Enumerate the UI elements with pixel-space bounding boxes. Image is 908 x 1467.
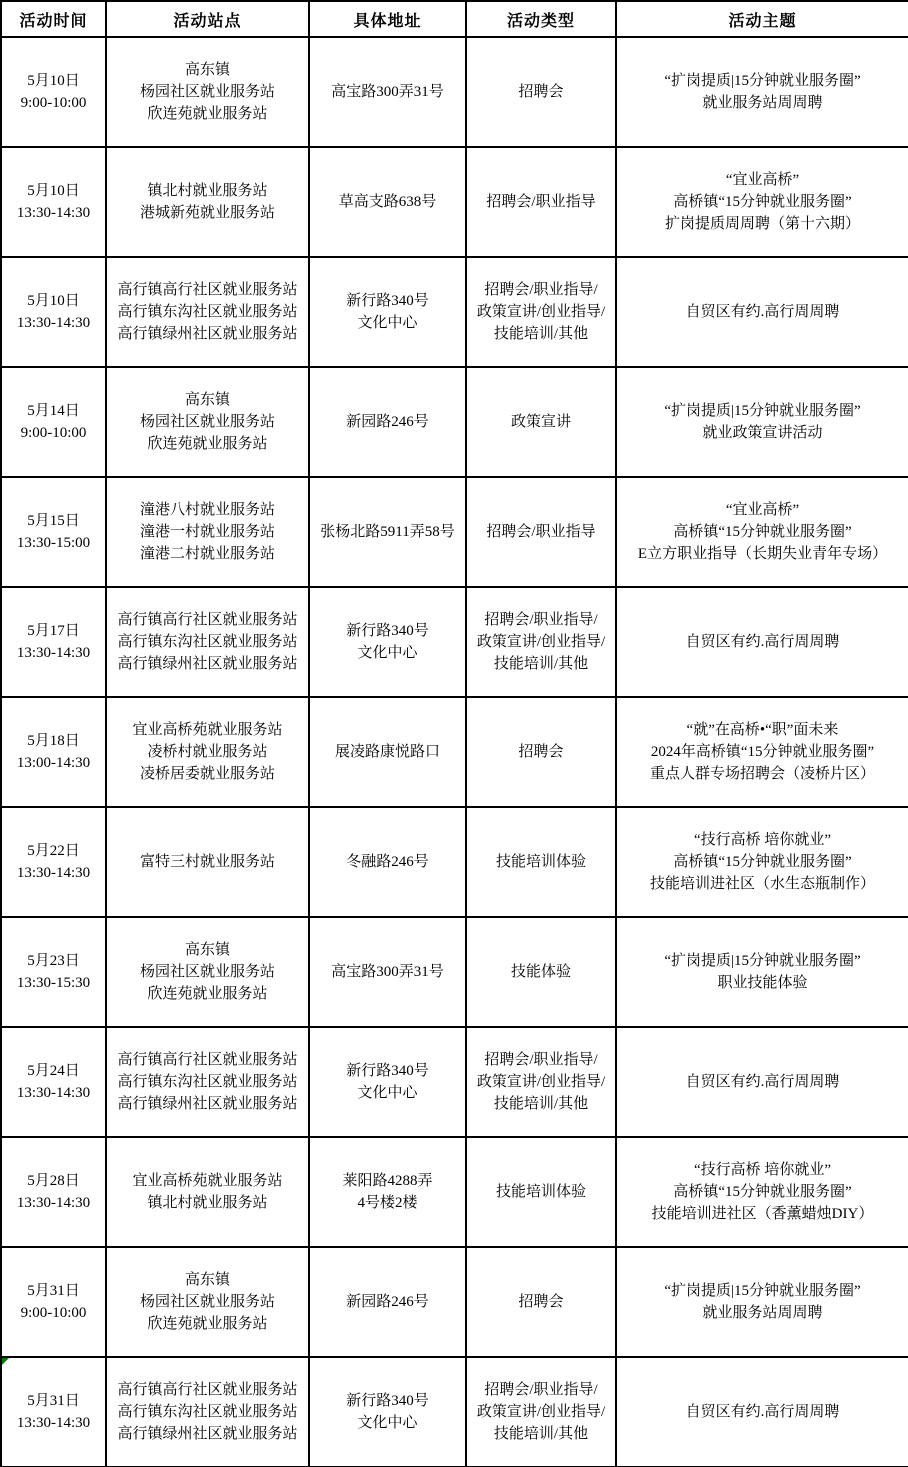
theme-cell: 自贸区有约.高行周周聘 xyxy=(616,587,908,697)
address-cell: 高宝路300弄31号 xyxy=(309,917,466,1027)
cell-text-line: 新园路246号 xyxy=(313,411,462,433)
sites-cell: 高行镇高行社区就业服务站高行镇东沟社区就业服务站高行镇绿州社区就业服务站 xyxy=(106,257,309,367)
address-cell: 高宝路300弄31号 xyxy=(309,37,466,147)
cell-text-line: 5月22日 xyxy=(5,840,102,862)
col-header-time: 活动时间 xyxy=(1,1,106,37)
cell-text-line: 自贸区有约.高行周周聘 xyxy=(620,1401,905,1423)
cell-text-line: 政策宣讲/创业指导/ xyxy=(470,1071,612,1093)
address-cell: 新园路246号 xyxy=(309,1247,466,1357)
cell-text-line: 凌桥居委就业服务站 xyxy=(110,763,305,785)
cell-text-line: 高行镇东沟社区就业服务站 xyxy=(110,1071,305,1093)
address-cell: 新行路340号文化中心 xyxy=(309,1357,466,1467)
cell-text-line: 招聘会/职业指导/ xyxy=(470,279,612,301)
table-row: 5月23日13:30-15:30高东镇杨园社区就业服务站欣连苑就业服务站高宝路3… xyxy=(1,917,908,1027)
cell-text-line: 就业服务站周周聘 xyxy=(620,92,905,114)
cell-text-line: 欣连苑就业服务站 xyxy=(110,983,305,1005)
theme-cell: “技行高桥 培你就业”高桥镇“15分钟就业服务圈”技能培训进社区（香薰蜡烛DIY… xyxy=(616,1137,908,1247)
cell-text-line: 高桥镇“15分钟就业服务圈” xyxy=(620,1181,905,1203)
time-cell: 5月18日13:00-14:30 xyxy=(1,697,106,807)
cell-text-line: “扩岗提质|15分钟就业服务圈” xyxy=(620,950,905,972)
cell-text-line: E立方职业指导（长期失业青年专场） xyxy=(620,543,905,565)
address-cell: 莱阳路4288弄4号楼2楼 xyxy=(309,1137,466,1247)
cell-text-line: “技行高桥 培你就业” xyxy=(620,1159,905,1181)
cell-text-line: 5月18日 xyxy=(5,730,102,752)
cell-text-line: 13:30-14:30 xyxy=(5,312,102,334)
address-cell: 新园路246号 xyxy=(309,367,466,477)
cell-text-line: 新行路340号 xyxy=(313,1390,462,1412)
cell-text-line: 潼港二村就业服务站 xyxy=(110,543,305,565)
cell-text-line: 展凌路康悦路口 xyxy=(313,741,462,763)
time-cell: 5月10日13:30-14:30 xyxy=(1,257,106,367)
cell-text-line: 招聘会/职业指导 xyxy=(470,521,612,543)
cell-error-marker-icon xyxy=(2,1358,9,1365)
sites-cell: 宜业高桥苑就业服务站凌桥村就业服务站凌桥居委就业服务站 xyxy=(106,697,309,807)
type-cell: 招聘会/职业指导/政策宣讲/创业指导/技能培训/其他 xyxy=(466,587,616,697)
cell-text-line: 杨园社区就业服务站 xyxy=(110,1291,305,1313)
time-cell: 5月15日13:30-15:00 xyxy=(1,477,106,587)
time-cell: 5月10日9:00-10:00 xyxy=(1,37,106,147)
table-header: 活动时间 活动站点 具体地址 活动类型 活动主题 xyxy=(1,1,908,37)
type-cell: 招聘会/职业指导 xyxy=(466,477,616,587)
cell-text-line: 高行镇绿州社区就业服务站 xyxy=(110,653,305,675)
cell-text-line: 重点人群专场招聘会（凌桥片区） xyxy=(620,763,905,785)
theme-cell: “就”在高桥•“职”面未来2024年高桥镇“15分钟就业服务圈”重点人群专场招聘… xyxy=(616,697,908,807)
cell-text-line: 高行镇绿州社区就业服务站 xyxy=(110,323,305,345)
cell-text-line: 政策宣讲/创业指导/ xyxy=(470,1401,612,1423)
cell-text-line: 冬融路246号 xyxy=(313,851,462,873)
cell-text-line: 高东镇 xyxy=(110,389,305,411)
header-row: 活动时间 活动站点 具体地址 活动类型 活动主题 xyxy=(1,1,908,37)
cell-text-line: “扩岗提质|15分钟就业服务圈” xyxy=(620,70,905,92)
sites-cell: 高东镇杨园社区就业服务站欣连苑就业服务站 xyxy=(106,1247,309,1357)
address-cell: 新行路340号文化中心 xyxy=(309,1027,466,1137)
time-cell: 5月10日13:30-14:30 xyxy=(1,147,106,257)
table-row: 5月10日13:30-14:30高行镇高行社区就业服务站高行镇东沟社区就业服务站… xyxy=(1,257,908,367)
cell-text-line: 张杨北路5911弄58号 xyxy=(313,521,462,543)
activity-schedule-table: 活动时间 活动站点 具体地址 活动类型 活动主题 5月10日9:00-10:00… xyxy=(0,0,908,1467)
time-cell: 5月28日13:30-14:30 xyxy=(1,1137,106,1247)
cell-text-line: “宜业高桥” xyxy=(620,499,905,521)
cell-text-line: “扩岗提质|15分钟就业服务圈” xyxy=(620,400,905,422)
sites-cell: 高东镇杨园社区就业服务站欣连苑就业服务站 xyxy=(106,917,309,1027)
theme-cell: 自贸区有约.高行周周聘 xyxy=(616,1027,908,1137)
cell-text-line: 高东镇 xyxy=(110,939,305,961)
cell-text-line: 技能培训体验 xyxy=(470,1181,612,1203)
cell-text-line: 9:00-10:00 xyxy=(5,92,102,114)
cell-text-line: 政策宣讲 xyxy=(470,411,612,433)
type-cell: 招聘会 xyxy=(466,697,616,807)
type-cell: 招聘会/职业指导 xyxy=(466,147,616,257)
time-cell: 5月31日13:30-14:30 xyxy=(1,1357,106,1467)
col-header-address: 具体地址 xyxy=(309,1,466,37)
theme-cell: “扩岗提质|15分钟就业服务圈”就业政策宣讲活动 xyxy=(616,367,908,477)
table-row: 5月15日13:30-15:00潼港八村就业服务站潼港一村就业服务站潼港二村就业… xyxy=(1,477,908,587)
cell-text-line: 宜业高桥苑就业服务站 xyxy=(110,1170,305,1192)
cell-text-line: 5月14日 xyxy=(5,400,102,422)
cell-text-line: 文化中心 xyxy=(313,1082,462,1104)
sites-cell: 镇北村就业服务站港城新苑就业服务站 xyxy=(106,147,309,257)
cell-text-line: 招聘会/职业指导/ xyxy=(470,1049,612,1071)
address-cell: 冬融路246号 xyxy=(309,807,466,917)
cell-text-line: 13:30-15:00 xyxy=(5,532,102,554)
address-cell: 草高支路638号 xyxy=(309,147,466,257)
cell-text-line: 招聘会 xyxy=(470,741,612,763)
table-row: 5月10日13:30-14:30镇北村就业服务站港城新苑就业服务站草高支路638… xyxy=(1,147,908,257)
cell-text-line: 技能培训/其他 xyxy=(470,323,612,345)
cell-text-line: 5月17日 xyxy=(5,620,102,642)
cell-text-line: 扩岗提质周周聘（第十六期） xyxy=(620,213,905,235)
time-cell: 5月17日13:30-14:30 xyxy=(1,587,106,697)
time-cell: 5月31日9:00-10:00 xyxy=(1,1247,106,1357)
cell-text-line: 政策宣讲/创业指导/ xyxy=(470,631,612,653)
cell-text-line: 5月15日 xyxy=(5,510,102,532)
col-header-sites: 活动站点 xyxy=(106,1,309,37)
address-cell: 新行路340号文化中心 xyxy=(309,257,466,367)
cell-text-line: 高桥镇“15分钟就业服务圈” xyxy=(620,851,905,873)
table-row: 5月28日13:30-14:30宜业高桥苑就业服务站镇北村就业服务站莱阳路428… xyxy=(1,1137,908,1247)
cell-text-line: 招聘会 xyxy=(470,81,612,103)
theme-cell: “扩岗提质|15分钟就业服务圈”就业服务站周周聘 xyxy=(616,1247,908,1357)
cell-text-line: 高桥镇“15分钟就业服务圈” xyxy=(620,521,905,543)
sites-cell: 高东镇杨园社区就业服务站欣连苑就业服务站 xyxy=(106,367,309,477)
sites-cell: 高行镇高行社区就业服务站高行镇东沟社区就业服务站高行镇绿州社区就业服务站 xyxy=(106,587,309,697)
cell-text-line: 新行路340号 xyxy=(313,290,462,312)
cell-text-line: “技行高桥 培你就业” xyxy=(620,829,905,851)
cell-text-line: 5月10日 xyxy=(5,290,102,312)
cell-text-line: 富特三村就业服务站 xyxy=(110,851,305,873)
table-row: 5月17日13:30-14:30高行镇高行社区就业服务站高行镇东沟社区就业服务站… xyxy=(1,587,908,697)
table-row: 5月10日9:00-10:00高东镇杨园社区就业服务站欣连苑就业服务站高宝路30… xyxy=(1,37,908,147)
cell-text-line: 文化中心 xyxy=(313,312,462,334)
cell-text-line: 招聘会/职业指导 xyxy=(470,191,612,213)
type-cell: 政策宣讲 xyxy=(466,367,616,477)
cell-text-line: 5月31日 xyxy=(5,1280,102,1302)
cell-text-line: 9:00-10:00 xyxy=(5,422,102,444)
cell-text-line: 高宝路300弄31号 xyxy=(313,81,462,103)
cell-text-line: 宜业高桥苑就业服务站 xyxy=(110,719,305,741)
table-row: 5月18日13:00-14:30宜业高桥苑就业服务站凌桥村就业服务站凌桥居委就业… xyxy=(1,697,908,807)
cell-text-line: 13:30-14:30 xyxy=(5,1412,102,1434)
type-cell: 招聘会/职业指导/政策宣讲/创业指导/技能培训/其他 xyxy=(466,1357,616,1467)
cell-text-line: 13:30-14:30 xyxy=(5,642,102,664)
time-cell: 5月14日9:00-10:00 xyxy=(1,367,106,477)
cell-text-line: “宜业高桥” xyxy=(620,169,905,191)
cell-text-line: 港城新苑就业服务站 xyxy=(110,202,305,224)
cell-text-line: “扩岗提质|15分钟就业服务圈” xyxy=(620,1280,905,1302)
cell-text-line: 招聘会/职业指导/ xyxy=(470,609,612,631)
type-cell: 技能培训体验 xyxy=(466,1137,616,1247)
address-cell: 展凌路康悦路口 xyxy=(309,697,466,807)
cell-text-line: 高东镇 xyxy=(110,1269,305,1291)
table-row: 5月31日13:30-14:30高行镇高行社区就业服务站高行镇东沟社区就业服务站… xyxy=(1,1357,908,1467)
sites-cell: 高行镇高行社区就业服务站高行镇东沟社区就业服务站高行镇绿州社区就业服务站 xyxy=(106,1357,309,1467)
cell-text-line: 高行镇绿州社区就业服务站 xyxy=(110,1093,305,1115)
time-cell: 5月24日13:30-14:30 xyxy=(1,1027,106,1137)
cell-text-line: 5月24日 xyxy=(5,1060,102,1082)
activity-schedule-page: 活动时间 活动站点 具体地址 活动类型 活动主题 5月10日9:00-10:00… xyxy=(0,0,908,1467)
cell-text-line: 职业技能体验 xyxy=(620,972,905,994)
cell-text-line: 高宝路300弄31号 xyxy=(313,961,462,983)
type-cell: 技能培训体验 xyxy=(466,807,616,917)
cell-text-line: 新园路246号 xyxy=(313,1291,462,1313)
cell-text-line: 13:00-14:30 xyxy=(5,752,102,774)
sites-cell: 高东镇杨园社区就业服务站欣连苑就业服务站 xyxy=(106,37,309,147)
cell-text-line: 4号楼2楼 xyxy=(313,1192,462,1214)
cell-text-line: 高行镇高行社区就业服务站 xyxy=(110,1379,305,1401)
theme-cell: “宜业高桥”高桥镇“15分钟就业服务圈”E立方职业指导（长期失业青年专场） xyxy=(616,477,908,587)
cell-text-line: 技能培训/其他 xyxy=(470,1423,612,1445)
cell-text-line: 13:30-15:30 xyxy=(5,972,102,994)
time-cell: 5月22日13:30-14:30 xyxy=(1,807,106,917)
theme-cell: “扩岗提质|15分钟就业服务圈”就业服务站周周聘 xyxy=(616,37,908,147)
cell-text-line: 技能培训体验 xyxy=(470,851,612,873)
table-row: 5月31日9:00-10:00高东镇杨园社区就业服务站欣连苑就业服务站新园路24… xyxy=(1,1247,908,1357)
sites-cell: 潼港八村就业服务站潼港一村就业服务站潼港二村就业服务站 xyxy=(106,477,309,587)
cell-text-line: 技能培训进社区（香薰蜡烛DIY） xyxy=(620,1203,905,1225)
cell-text-line: 5月31日 xyxy=(5,1390,102,1412)
time-cell: 5月23日13:30-15:30 xyxy=(1,917,106,1027)
theme-cell: 自贸区有约.高行周周聘 xyxy=(616,257,908,367)
cell-text-line: 高东镇 xyxy=(110,59,305,81)
cell-text-line: 就业服务站周周聘 xyxy=(620,1302,905,1324)
cell-text-line: 政策宣讲/创业指导/ xyxy=(470,301,612,323)
col-header-theme: 活动主题 xyxy=(616,1,908,37)
cell-text-line: 技能培训进社区（水生态瓶制作） xyxy=(620,873,905,895)
cell-text-line: 就业政策宣讲活动 xyxy=(620,422,905,444)
type-cell: 招聘会/职业指导/政策宣讲/创业指导/技能培训/其他 xyxy=(466,1027,616,1137)
address-cell: 张杨北路5911弄58号 xyxy=(309,477,466,587)
schedule-table-body: 5月10日9:00-10:00高东镇杨园社区就业服务站欣连苑就业服务站高宝路30… xyxy=(1,37,908,1467)
cell-text-line: 技能培训/其他 xyxy=(470,653,612,675)
cell-text-line: 潼港一村就业服务站 xyxy=(110,521,305,543)
cell-text-line: 自贸区有约.高行周周聘 xyxy=(620,631,905,653)
cell-text-line: 文化中心 xyxy=(313,1412,462,1434)
theme-cell: “宜业高桥”高桥镇“15分钟就业服务圈”扩岗提质周周聘（第十六期） xyxy=(616,147,908,257)
cell-text-line: “就”在高桥•“职”面未来 xyxy=(620,719,905,741)
cell-text-line: 新行路340号 xyxy=(313,620,462,642)
sites-cell: 高行镇高行社区就业服务站高行镇东沟社区就业服务站高行镇绿州社区就业服务站 xyxy=(106,1027,309,1137)
cell-text-line: 高行镇高行社区就业服务站 xyxy=(110,279,305,301)
cell-text-line: 高行镇东沟社区就业服务站 xyxy=(110,631,305,653)
theme-cell: 自贸区有约.高行周周聘 xyxy=(616,1357,908,1467)
cell-text-line: 自贸区有约.高行周周聘 xyxy=(620,1071,905,1093)
cell-text-line: 镇北村就业服务站 xyxy=(110,1192,305,1214)
table-row: 5月22日13:30-14:30富特三村就业服务站冬融路246号技能培训体验“技… xyxy=(1,807,908,917)
table-row: 5月24日13:30-14:30高行镇高行社区就业服务站高行镇东沟社区就业服务站… xyxy=(1,1027,908,1137)
cell-text-line: 9:00-10:00 xyxy=(5,1302,102,1324)
cell-text-line: 欣连苑就业服务站 xyxy=(110,103,305,125)
cell-text-line: 高行镇绿州社区就业服务站 xyxy=(110,1423,305,1445)
cell-text-line: 高行镇高行社区就业服务站 xyxy=(110,609,305,631)
cell-text-line: 草高支路638号 xyxy=(313,191,462,213)
cell-text-line: 招聘会/职业指导/ xyxy=(470,1379,612,1401)
cell-text-line: 文化中心 xyxy=(313,642,462,664)
type-cell: 技能体验 xyxy=(466,917,616,1027)
cell-text-line: 5月10日 xyxy=(5,180,102,202)
cell-text-line: 杨园社区就业服务站 xyxy=(110,81,305,103)
cell-text-line: 技能培训/其他 xyxy=(470,1093,612,1115)
cell-text-line: 招聘会 xyxy=(470,1291,612,1313)
sites-cell: 富特三村就业服务站 xyxy=(106,807,309,917)
cell-text-line: 潼港八村就业服务站 xyxy=(110,499,305,521)
theme-cell: “技行高桥 培你就业”高桥镇“15分钟就业服务圈”技能培训进社区（水生态瓶制作） xyxy=(616,807,908,917)
cell-text-line: 13:30-14:30 xyxy=(5,1192,102,1214)
cell-text-line: 高行镇高行社区就业服务站 xyxy=(110,1049,305,1071)
type-cell: 招聘会 xyxy=(466,1247,616,1357)
cell-text-line: 5月28日 xyxy=(5,1170,102,1192)
cell-text-line: 技能体验 xyxy=(470,961,612,983)
cell-text-line: 镇北村就业服务站 xyxy=(110,180,305,202)
type-cell: 招聘会 xyxy=(466,37,616,147)
cell-text-line: 欣连苑就业服务站 xyxy=(110,433,305,455)
col-header-type: 活动类型 xyxy=(466,1,616,37)
address-cell: 新行路340号文化中心 xyxy=(309,587,466,697)
cell-text-line: 5月10日 xyxy=(5,70,102,92)
cell-text-line: 高行镇东沟社区就业服务站 xyxy=(110,1401,305,1423)
cell-text-line: 新行路340号 xyxy=(313,1060,462,1082)
cell-text-line: 高桥镇“15分钟就业服务圈” xyxy=(620,191,905,213)
cell-text-line: 13:30-14:30 xyxy=(5,862,102,884)
cell-text-line: 2024年高桥镇“15分钟就业服务圈” xyxy=(620,741,905,763)
cell-text-line: 欣连苑就业服务站 xyxy=(110,1313,305,1335)
cell-text-line: 高行镇东沟社区就业服务站 xyxy=(110,301,305,323)
theme-cell: “扩岗提质|15分钟就业服务圈”职业技能体验 xyxy=(616,917,908,1027)
cell-text-line: 杨园社区就业服务站 xyxy=(110,411,305,433)
table-row: 5月14日9:00-10:00高东镇杨园社区就业服务站欣连苑就业服务站新园路24… xyxy=(1,367,908,477)
cell-text-line: 莱阳路4288弄 xyxy=(313,1170,462,1192)
cell-text-line: 凌桥村就业服务站 xyxy=(110,741,305,763)
cell-text-line: 13:30-14:30 xyxy=(5,202,102,224)
cell-text-line: 5月23日 xyxy=(5,950,102,972)
cell-text-line: 13:30-14:30 xyxy=(5,1082,102,1104)
cell-text-line: 自贸区有约.高行周周聘 xyxy=(620,301,905,323)
cell-text-line: 杨园社区就业服务站 xyxy=(110,961,305,983)
type-cell: 招聘会/职业指导/政策宣讲/创业指导/技能培训/其他 xyxy=(466,257,616,367)
sites-cell: 宜业高桥苑就业服务站镇北村就业服务站 xyxy=(106,1137,309,1247)
